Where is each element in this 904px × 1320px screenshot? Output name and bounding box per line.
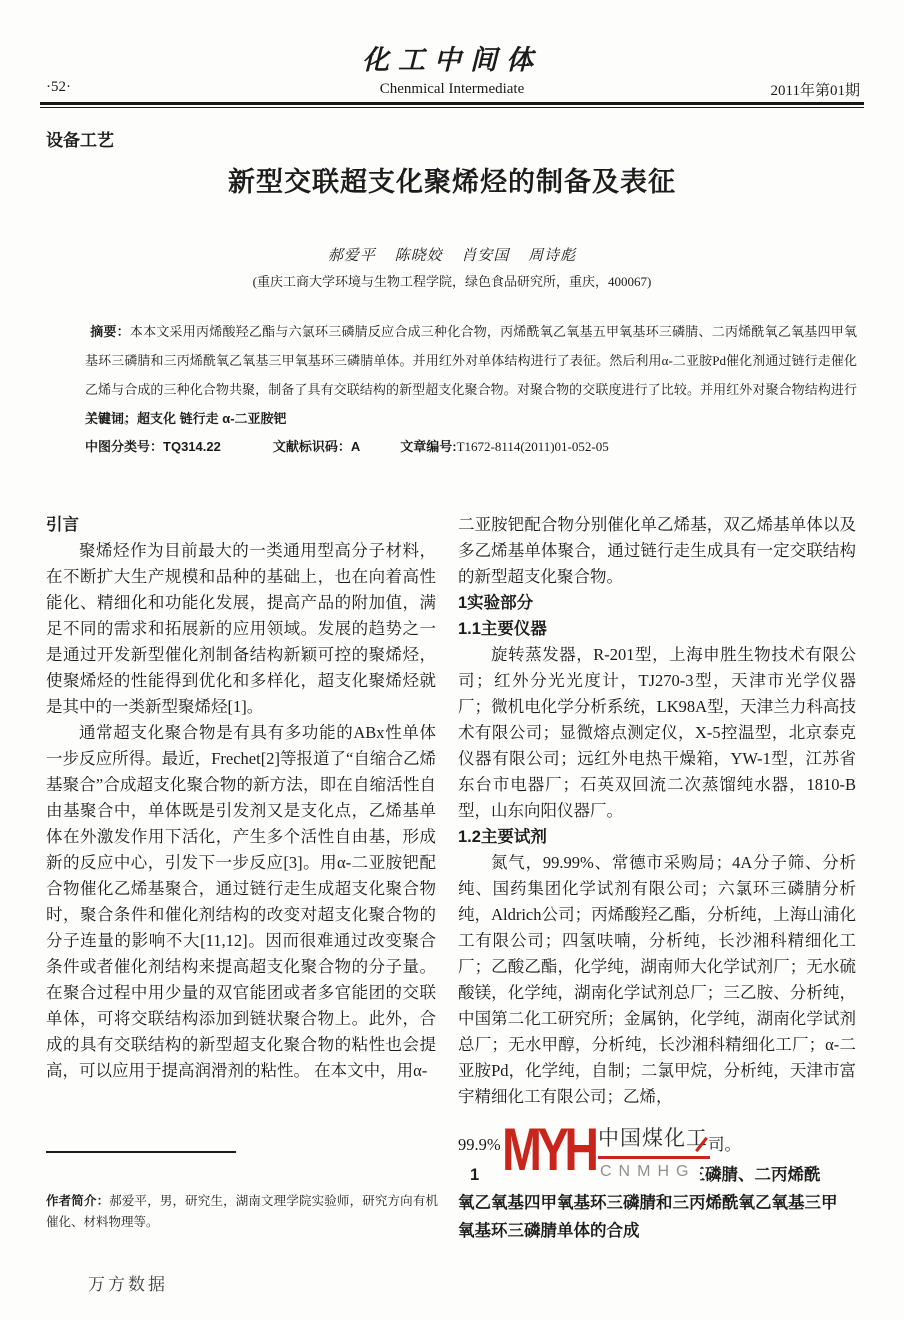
keywords-values: 超支化 链行走 α-二亚胺钯: [137, 411, 287, 426]
heading-synthesis-line3: 氧基环三磷腈单体的合成: [458, 1218, 640, 1244]
doc-code-value: A: [351, 439, 360, 454]
author-bio: 作者简介：郝爱平，男，研究生，湖南文理学院实验师，研究方向有机催化、材料物理等。: [46, 1191, 438, 1233]
journal-title-en: Chenmical Intermediate: [0, 81, 904, 98]
wanfang-data-logo: 万方数据: [88, 1270, 168, 1295]
affiliation: (重庆工商大学环境与生物工程学院，绿色食品研究所，重庆，400067): [0, 271, 904, 290]
instruments-paragraph: 旋转蒸发器，R-201型，上海申胜生物技术有限公司；红外分光光度计，TJ270-…: [458, 642, 856, 824]
watermark-text-cn: 中国煤化工: [598, 1126, 708, 1150]
article-id-label: 文章编号:: [400, 439, 456, 454]
intro-paragraph-1: 聚烯烃作为目前最大的一类通用型高分子材料，在不断扩大生产规模和品种的基础上，也在…: [46, 538, 436, 720]
heading-synthesis-fragment-number: 1: [470, 1162, 479, 1188]
keywords-label: 关键词：: [85, 411, 137, 426]
left-column: 引言 聚烯烃作为目前最大的一类通用型高分子材料，在不断扩大生产规模和品种的基础上…: [46, 512, 436, 1084]
journal-title-cn: 化工中间体: [0, 38, 904, 77]
issue-label: 2011年第01期: [771, 79, 860, 100]
clc-value: TQ314.22: [163, 439, 221, 454]
watermark-text-latin: CNMHG: [600, 1163, 695, 1181]
intro-paragraph-2: 通常超支化聚合物是有具有多功能的ABx性单体一步反应所得。最近，Frechet[…: [46, 720, 436, 1084]
header-rule: [40, 102, 864, 108]
footnote-rule: [46, 1151, 236, 1153]
clc-label: 中图分类号：: [85, 439, 163, 454]
right-column: 二亚胺钯配合物分别催化单乙烯基，双乙烯基单体以及多乙烯基单体聚合，通过链行走生成…: [458, 512, 856, 1112]
authors: 郝爱平 陈晓姣 肖安国 周诗彪: [0, 244, 904, 265]
doc-code-label: 文献标识码：: [273, 439, 351, 454]
abstract-label: 摘要：: [90, 324, 130, 339]
reagents-paragraph: 氮气，99.99%、常德市采购局；4A分子筛、分析纯、国药集团化学试剂有限公司；…: [458, 850, 856, 1112]
keywords-line: 关键词：超支化 链行走 α-二亚胺钯: [85, 404, 857, 433]
heading-experimental: 1实验部分: [458, 590, 856, 616]
watermark-underline: [598, 1156, 710, 1159]
reagents-fragment-purity: 99.9%: [458, 1132, 501, 1158]
coal-chem-logo-icon: MYH: [502, 1120, 588, 1182]
section-label: 设备工艺: [46, 126, 114, 151]
journal-page: 化工中间体 ·52· Chenmical Intermediate 2011年第…: [0, 0, 904, 1320]
heading-reagents: 1.2主要试剂: [458, 824, 856, 850]
article-title: 新型交联超支化聚烯烃的制备及表征: [0, 160, 904, 199]
coal-chem-watermark: MYH 中国煤化工 CNMHG: [500, 1118, 762, 1200]
footnote: 作者简介：郝爱平，男，研究生，湖南文理学院实验师，研究方向有机催化、材料物理等。: [46, 1151, 438, 1233]
article-id-value: T1672-8114(2011)01-052-05: [457, 439, 609, 454]
intro-heading: 引言: [46, 512, 436, 538]
heading-instruments: 1.1主要仪器: [458, 616, 856, 642]
continued-paragraph: 二亚胺钯配合物分别催化单乙烯基，双乙烯基单体以及多乙烯基单体聚合，通过链行走生成…: [458, 512, 856, 590]
classification-line: 中图分类号：TQ314.22文献标识码：A文章编号:T1672-8114(201…: [85, 432, 857, 461]
author-bio-label: 作者简介：: [46, 1194, 109, 1208]
